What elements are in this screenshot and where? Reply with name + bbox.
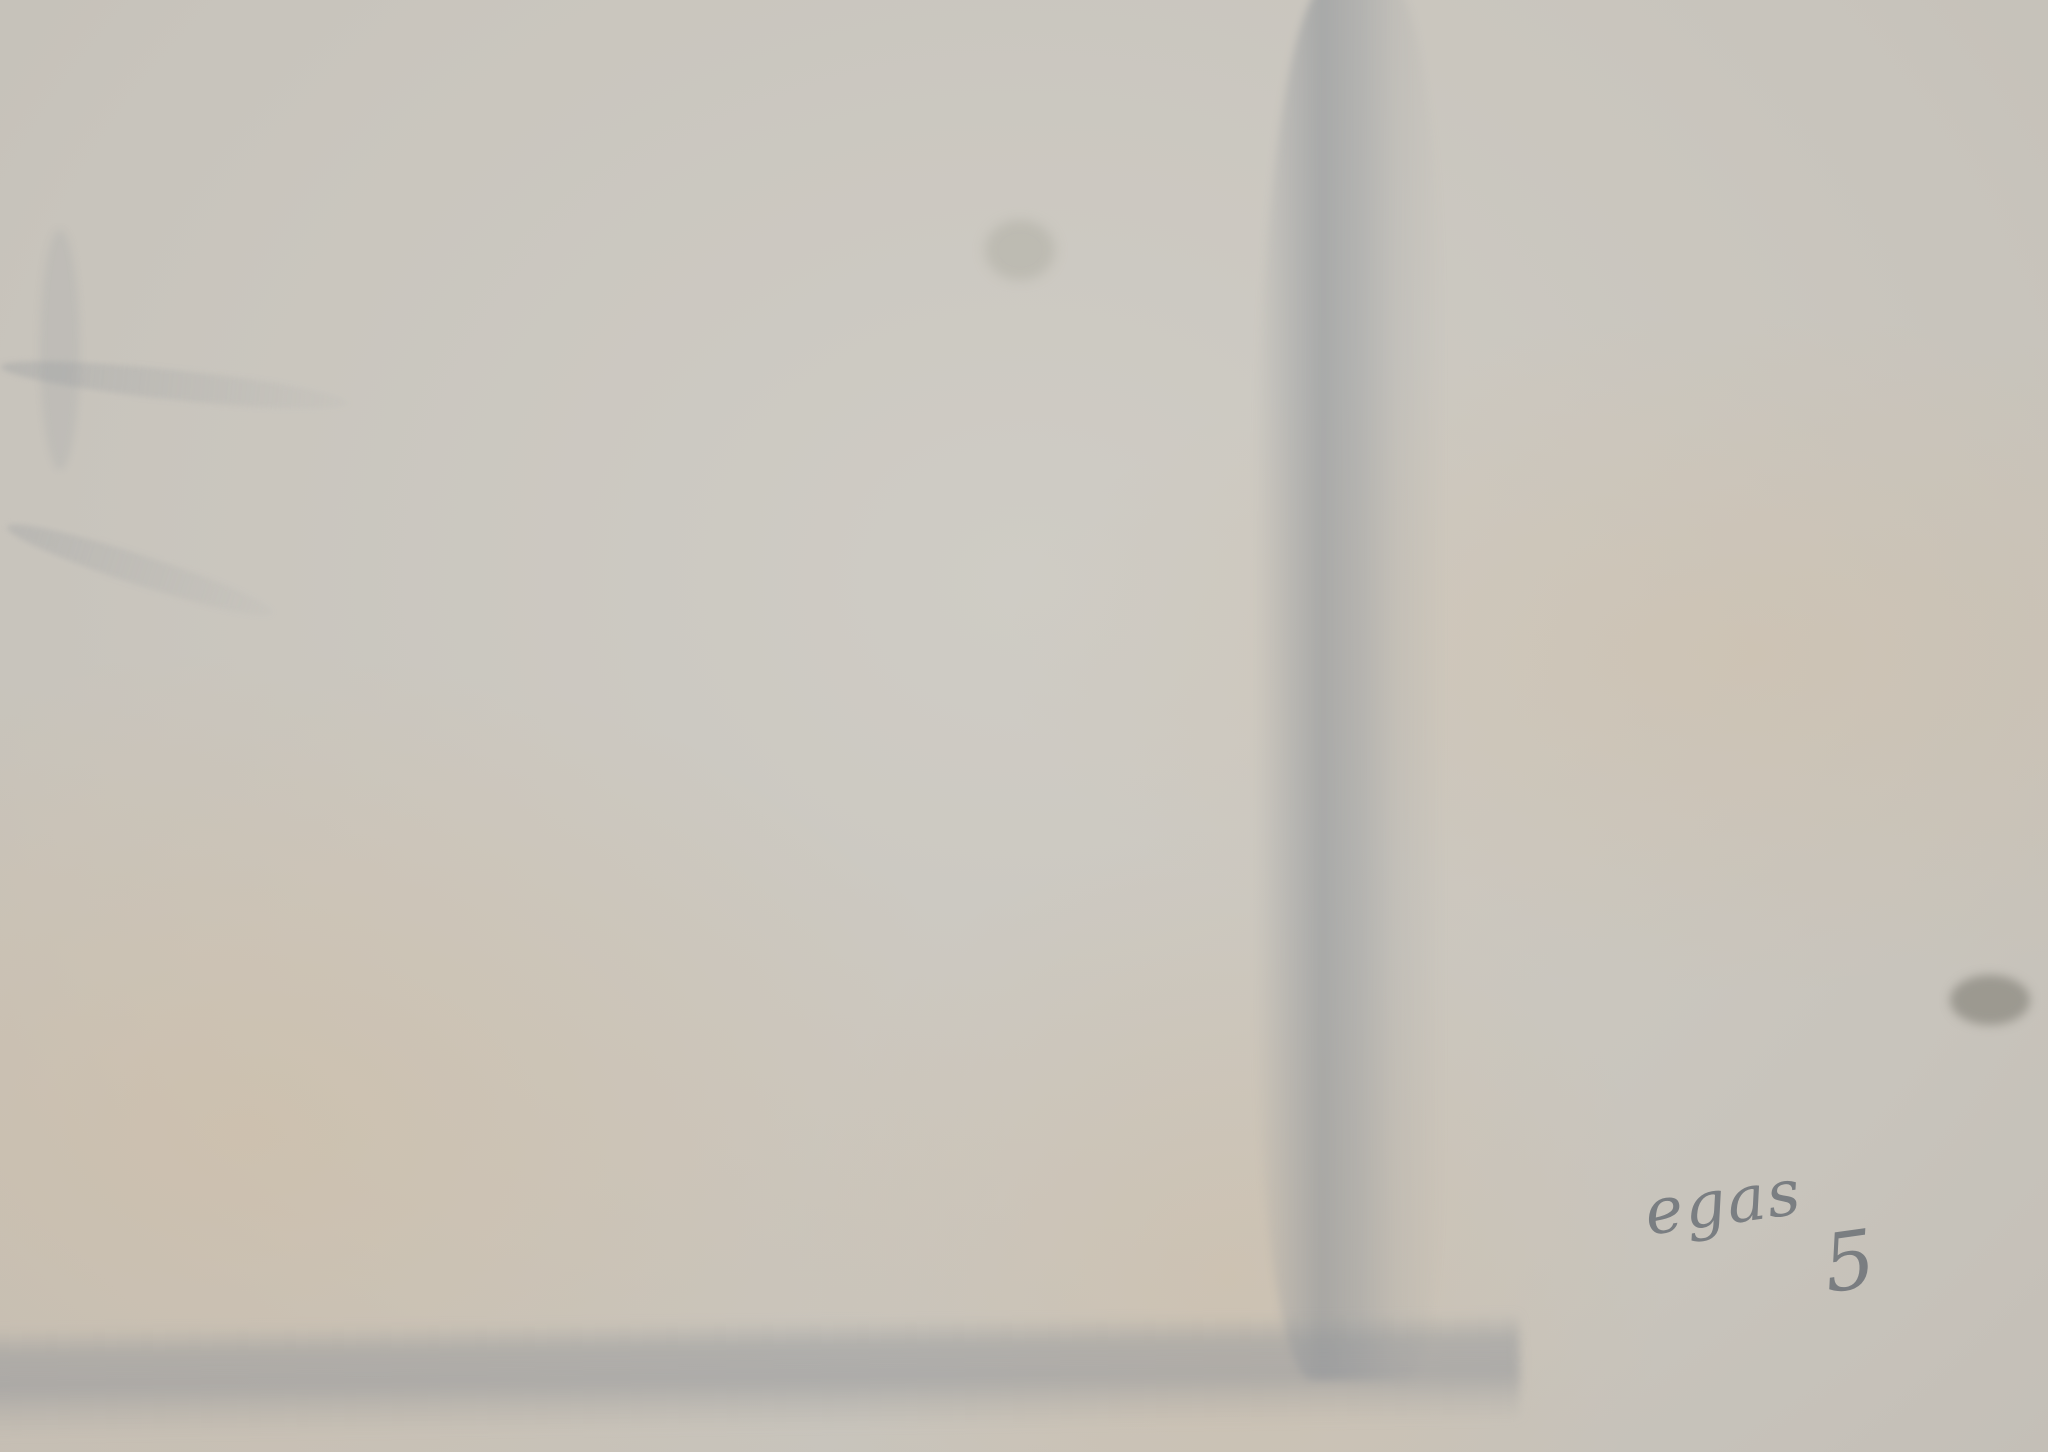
faint-stroke-left-vertical bbox=[40, 230, 80, 470]
paint-blot-right bbox=[1950, 975, 2030, 1025]
faint-stroke-left-lower bbox=[2, 512, 278, 627]
paint-blot-top bbox=[985, 220, 1055, 280]
inscription-text: egas bbox=[1640, 1155, 1807, 1250]
pencil-inscription: egas 5 bbox=[1641, 1150, 1883, 1331]
paper-sheet: egas 5 bbox=[0, 0, 2048, 1452]
horizontal-wash-stroke bbox=[0, 1312, 1521, 1438]
inscription-number: 5 bbox=[1818, 1217, 1882, 1308]
vertical-wash-stroke bbox=[1255, 0, 1445, 1380]
